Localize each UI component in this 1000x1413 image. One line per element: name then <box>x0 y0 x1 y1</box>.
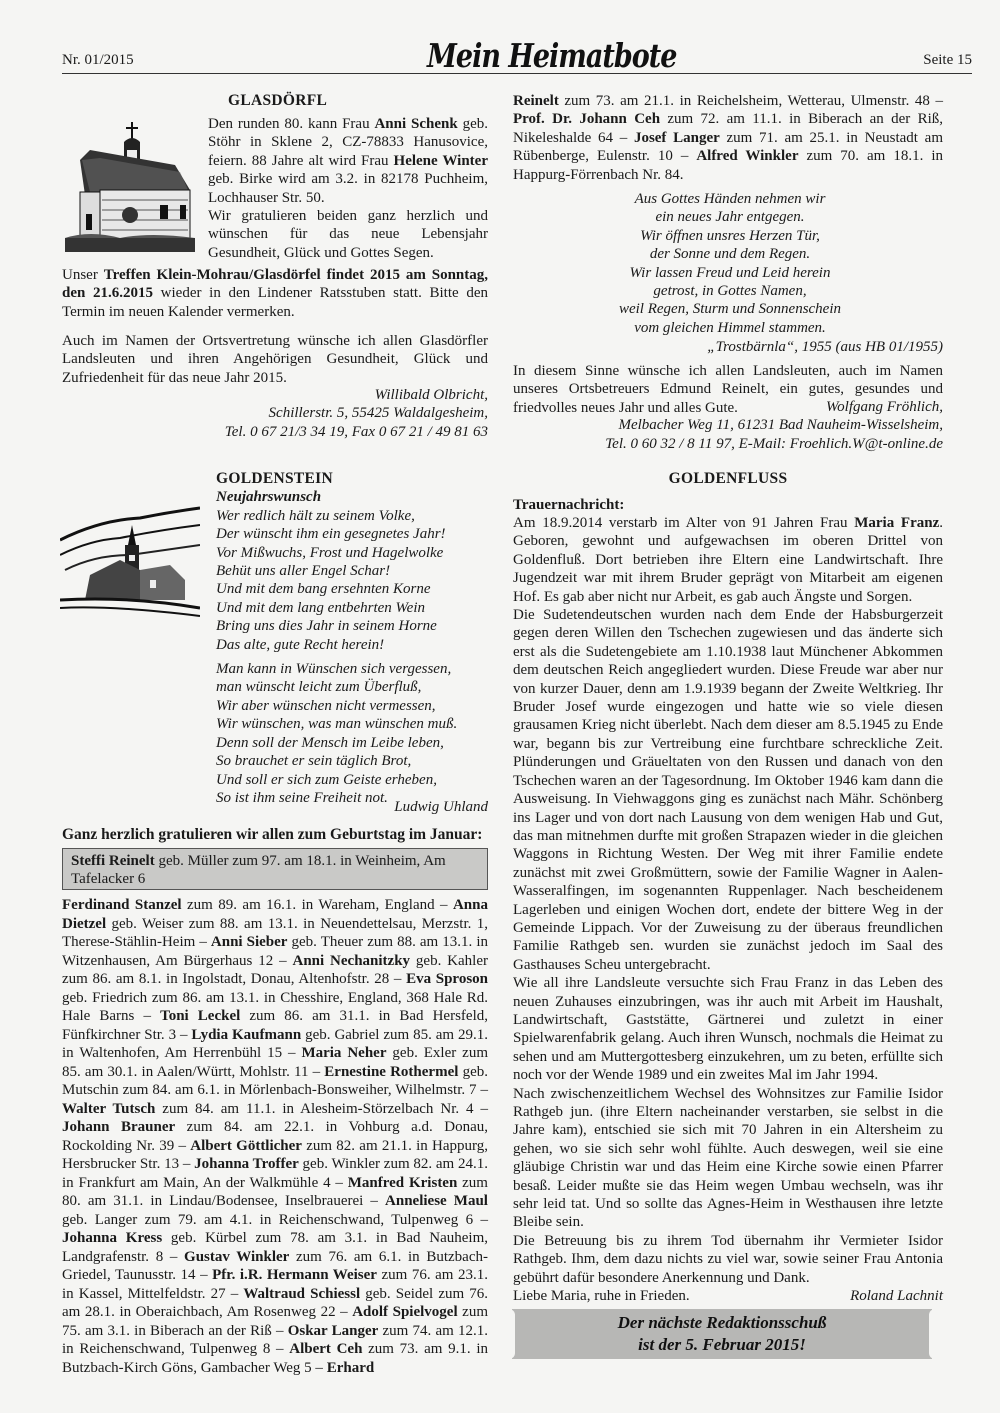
person-name: Reinelt <box>513 93 559 109</box>
section-title-goldenstein: GOLDENSTEIN <box>216 470 486 488</box>
person-name: Walter Tutsch <box>62 1101 155 1117</box>
person-name: Anni Sieber <box>211 934 288 950</box>
deadline-notice-banner: Der nächste Redaktionsschuß ist der 5. F… <box>512 1309 932 1359</box>
new-year-poem: Aus Gottes Händen nehmen wir ein neues J… <box>535 190 925 337</box>
person-name: Lydia Kaufmann <box>191 1027 301 1043</box>
poem-source: „Trostbärnla“, 1955 (aus HB 01/1955) <box>513 338 943 356</box>
obituary-heading: Trauernachricht: <box>513 496 943 514</box>
highlighted-birthday-box: Steffi Reinelt geb. Müller zum 97. am 18… <box>62 848 488 890</box>
person-name: Alfred Winkler <box>696 148 798 164</box>
masthead-logo: Mein Heimatbote <box>427 38 676 75</box>
issue-number: Nr. 01/2015 <box>62 52 134 69</box>
obituary-text: Am 18.9.2014 verstarb im Alter von 91 Ja… <box>513 514 943 1305</box>
glasdoerfl-meeting-notice: Unser Treffen Klein-Mohrau/Glasdörfel fi… <box>62 266 488 321</box>
birthday-list: Ferdinand Stanzel zum 89. am 16.1. in Wa… <box>62 896 488 1377</box>
poem-author: Ludwig Uhland <box>62 798 488 816</box>
birthdays-heading: Ganz herzlich gratulieren wir allen zum … <box>62 826 488 844</box>
birthday-list-continuation: Reinelt zum 73. am 21.1. in Reichelsheim… <box>513 92 943 184</box>
glasdoerfl-greeting: Auch im Namen der Ortsvertretung wünsche… <box>62 332 488 387</box>
person-name: Albert Ceh <box>289 1341 362 1357</box>
obituary-author: Roland Lachnit <box>850 1287 943 1305</box>
person-name: Johann Brauner <box>62 1119 175 1135</box>
glasdoerfl-wishes: Wir gratulieren beiden ganz herzlich und… <box>208 207 488 262</box>
section-title-glasdoerfl: GLASDÖRFL <box>228 92 488 110</box>
town-church-illustration-icon <box>60 500 200 618</box>
person-name: Gustav Winkler <box>184 1249 289 1265</box>
person-name: Adolf Spielvogel <box>352 1304 457 1320</box>
person-name: Albert Göttlicher <box>190 1138 302 1154</box>
person-name: Toni Leckel <box>160 1008 240 1024</box>
person-name: Johanna Kress <box>62 1230 162 1246</box>
person-name: Eva Sproson <box>406 971 488 987</box>
page-number: Seite 15 <box>923 52 972 69</box>
person-name: Johanna Troffer <box>194 1156 299 1172</box>
person-name: Josef Langer <box>634 130 720 146</box>
page-header: Nr. 01/2015 Mein Heimatbote Seite 15 <box>62 38 972 74</box>
person-name: Waltraud Schiessl <box>243 1286 360 1302</box>
person-name: Maria Neher <box>301 1045 386 1061</box>
glasdoerfl-intro: Den runden 80. kann Frau Anni Schenk geb… <box>208 115 488 262</box>
person-name: Oskar Langer <box>288 1323 379 1339</box>
person-name: Anneliese Maul <box>385 1193 488 1209</box>
greeting-signature: Wolfgang Fröhlich, Melbacher Weg 11, 612… <box>513 398 943 453</box>
chapel-illustration-icon <box>60 120 200 255</box>
person-name: Pfr. i.R. Hermann Weiser <box>212 1267 377 1283</box>
newspaper-page: Nr. 01/2015 Mein Heimatbote Seite 15 GLA… <box>0 0 1000 1413</box>
person-name: Ernestine Rothermel <box>324 1064 458 1080</box>
person-name: Manfred Kristen <box>348 1175 458 1191</box>
glasdoerfl-birthday-text: Den runden 80. kann Frau Anni Schenk geb… <box>208 115 488 207</box>
person-name: Prof. Dr. Johann Ceh <box>513 111 660 127</box>
person-name: Ferdinand Stanzel <box>62 897 182 913</box>
person-name: Anni Nechanitzky <box>293 953 411 969</box>
email-contact: Tel. 0 60 32 / 8 11 97, E-Mail: Froehlic… <box>513 435 943 453</box>
person-name: Erhard <box>327 1360 375 1376</box>
glasdoerfl-signature: Willibald Olbricht, Schillerstr. 5, 5542… <box>62 386 488 441</box>
section-goldenstein: GOLDENSTEIN Neujahrswunsch Wer redlich h… <box>216 470 486 807</box>
section-title-goldenfluss: GOLDENFLUSS <box>513 470 943 488</box>
poem-title: Neujahrswunsch <box>216 488 486 506</box>
